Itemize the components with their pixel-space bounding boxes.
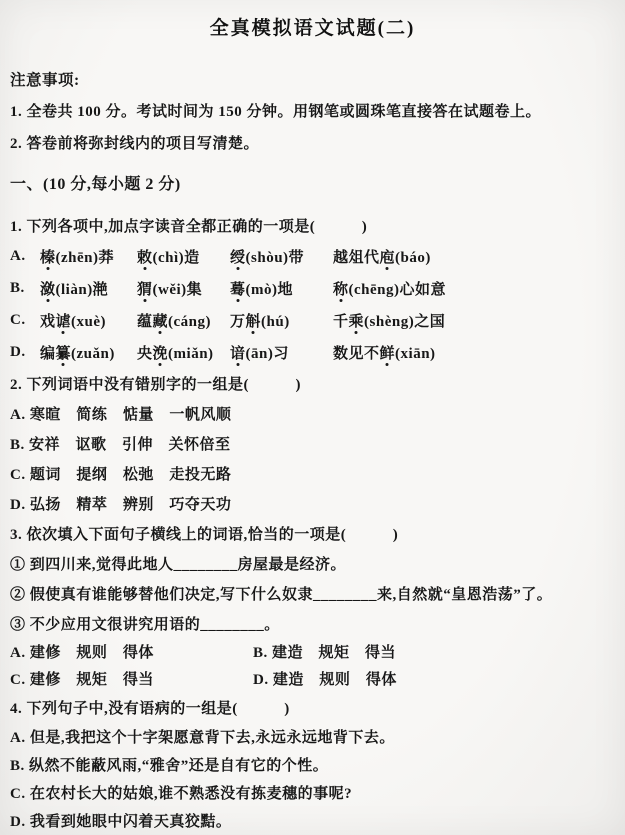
exam-paper: 全真模拟语文试题(二) 注意事项: 1. 全卷共 100 分。考试时间为 150… [0, 0, 625, 835]
q1-option-b: B. 潋(liàn)滟 猬(wěi)集 蓦(mò)地 称(chēng)心如意 [10, 272, 617, 304]
word-rest: (xuè) [71, 314, 106, 330]
dotted-char: 称 [333, 278, 349, 299]
word-rest: (zuǎn) [71, 346, 115, 362]
q1-option-d: D. 编纂(zuǎn) 央浼(miǎn) 谙(ān)习 数见不鲜(xiān) [10, 336, 617, 368]
q1-d-word-4: 数见不鲜(xiān) [333, 342, 617, 363]
word-rest: (xiān) [395, 346, 436, 362]
dotted-char: 谑 [56, 310, 72, 331]
word-pre: 万 [230, 314, 246, 330]
dotted-char: 潋 [40, 278, 56, 299]
q3-options-row-1: A. 建修 规则 得体 B. 建造 规矩 得当 [10, 638, 617, 665]
notice-item-2: 2. 答卷前将弥封线内的项目写清楚。 [10, 126, 617, 158]
notice-heading: 注意事项: [10, 64, 617, 94]
q3-sentence-2: ② 假使真有谁能够替他们决定,写下什么奴隶________来,自然就“皇恩浩荡”… [10, 578, 617, 608]
q1-d-word-3: 谙(ān)习 [230, 342, 333, 363]
dotted-char: 蓦 [230, 278, 246, 299]
word-pre: 数见不 [333, 346, 380, 362]
dotted-char: 庖 [380, 246, 396, 267]
word-rest: (cáng) [168, 314, 211, 330]
q1-b-word-4: 称(chēng)心如意 [333, 278, 617, 299]
word-rest: (chì)造 [153, 250, 200, 266]
q1-d-word-2: 央浼(miǎn) [137, 342, 230, 363]
q4-option-c: C. 在农村长大的姑娘,谁不熟悉没有拣麦穗的事呢? [10, 778, 617, 806]
word-rest: (liàn)滟 [56, 282, 109, 298]
word-pre: 蕴 [137, 314, 153, 330]
q1-a-word-3: 绶(shòu)带 [230, 246, 333, 267]
dotted-char: 斛 [246, 310, 262, 331]
q3-option-c: C. 建修 规矩 得当 [10, 668, 253, 689]
q1-a-word-2: 敕(chì)造 [137, 246, 230, 267]
word-rest: (shòu)带 [246, 250, 305, 266]
q2-option-a: A. 寒暄 简练 惦量 一帆风顺 [10, 398, 617, 428]
option-label: A. [10, 248, 40, 265]
q1-a-word-1: 榛(zhēn)莽 [40, 246, 137, 267]
dotted-char: 浼 [153, 342, 169, 363]
word-rest: (ān)习 [246, 346, 289, 362]
q3-sentence-3: ③ 不少应用文很讲究用语的________。 [10, 608, 617, 638]
q1-c-word-1: 戏谑(xuè) [40, 310, 137, 331]
q4-option-b: B. 纵然不能蔽风雨,“雅舍”还是自有它的个性。 [10, 750, 617, 778]
word-rest: (hú) [261, 314, 290, 330]
dotted-char: 藏 [153, 310, 169, 331]
dotted-char: 榛 [40, 246, 56, 267]
word-pre: 千 [333, 314, 349, 330]
dotted-char: 猬 [137, 278, 153, 299]
q3-stem: 3. 依次填入下面句子横线上的词语,恰当的一项是( ) [10, 518, 617, 548]
q3-options-row-2: C. 建修 规矩 得当 D. 建造 规则 得体 [10, 665, 617, 692]
q2-option-b: B. 安祥 讴歌 引伸 关怀倍至 [10, 428, 617, 458]
q1-stem: 1. 下列各项中,加点字读音全都正确的一项是( ) [10, 210, 617, 240]
word-pre: 编 [40, 346, 56, 362]
q4-stem: 4. 下列句子中,没有语病的一组是( ) [10, 692, 617, 722]
option-label: B. [10, 280, 40, 297]
word-pre: 越俎代 [333, 250, 380, 266]
q1-c-word-4: 千乘(shèng)之国 [333, 310, 617, 331]
q1-option-a: A. 榛(zhēn)莽 敕(chì)造 绶(shòu)带 越俎代庖(báo) [10, 240, 617, 272]
q1-c-word-3: 万斛(hú) [230, 310, 333, 331]
page-title: 全真模拟语文试题(二) [0, 0, 625, 40]
word-rest: (shèng)之国 [364, 314, 445, 330]
paper-body: 注意事项: 1. 全卷共 100 分。考试时间为 150 分钟。用钢笔或圆珠笔直… [0, 64, 625, 834]
q1-d-word-1: 编纂(zuǎn) [40, 342, 137, 363]
section-heading: 一、(10 分,每小题 2 分) [10, 166, 617, 198]
dotted-char: 敕 [137, 246, 153, 267]
q3-sentence-1: ① 到四川来,觉得此地人________房屋最是经济。 [10, 548, 617, 578]
q2-stem: 2. 下列词语中没有错别字的一组是( ) [10, 368, 617, 398]
notice-item-1: 1. 全卷共 100 分。考试时间为 150 分钟。用钢笔或圆珠笔直接答在试题卷… [10, 94, 617, 126]
word-rest: (zhēn)莽 [56, 250, 115, 266]
q1-a-word-4: 越俎代庖(báo) [333, 246, 617, 267]
option-label: D. [10, 344, 40, 361]
q3-option-b: B. 建造 规矩 得当 [253, 641, 617, 662]
q1-b-word-3: 蓦(mò)地 [230, 278, 333, 299]
q1-c-word-2: 蕴藏(cáng) [137, 310, 230, 331]
dotted-char: 鲜 [380, 342, 396, 363]
q1-option-c: C. 戏谑(xuè) 蕴藏(cáng) 万斛(hú) 千乘(shèng)之国 [10, 304, 617, 336]
word-pre: 戏 [40, 314, 56, 330]
dotted-char: 纂 [56, 342, 72, 363]
dotted-char: 乘 [349, 310, 365, 331]
word-rest: (chēng)心如意 [349, 282, 447, 298]
dotted-char: 绶 [230, 246, 246, 267]
word-rest: (wěi)集 [153, 282, 203, 298]
q3-option-d: D. 建造 规则 得体 [253, 668, 617, 689]
q4-option-d: D. 我看到她眼中闪着天真狡黠。 [10, 806, 617, 834]
q1-b-word-1: 潋(liàn)滟 [40, 278, 137, 299]
q4-option-a: A. 但是,我把这个十字架愿意背下去,永远永远地背下去。 [10, 722, 617, 750]
word-rest: (miǎn) [168, 346, 214, 362]
q2-option-c: C. 题词 提纲 松弛 走投无路 [10, 458, 617, 488]
word-rest: (báo) [395, 250, 431, 266]
dotted-char: 谙 [230, 342, 246, 363]
q3-option-a: A. 建修 规则 得体 [10, 641, 253, 662]
word-rest: (mò)地 [246, 282, 294, 298]
word-pre: 央 [137, 346, 153, 362]
q2-option-d: D. 弘扬 精萃 辨别 巧夺天功 [10, 488, 617, 518]
option-label: C. [10, 312, 40, 329]
q1-b-word-2: 猬(wěi)集 [137, 278, 230, 299]
